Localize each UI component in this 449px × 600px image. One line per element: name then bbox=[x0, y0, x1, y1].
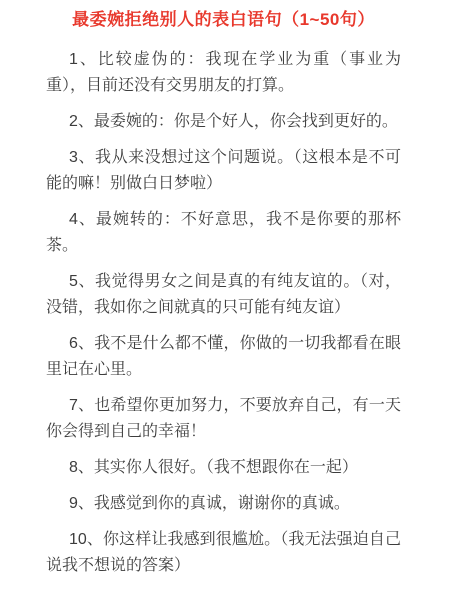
page-title: 最委婉拒绝别人的表白语句（1~50句） bbox=[46, 8, 401, 32]
list-item: 4、最婉转的：不好意思，我不是你要的那杯茶。 bbox=[46, 207, 401, 259]
list-item: 10、你这样让我感到很尴尬。（我无法强迫自己说我不想说的答案） bbox=[46, 527, 401, 579]
list-item: 6、我不是什么都不懂，你做的一切我都看在眼里记在心里。 bbox=[46, 331, 401, 383]
list-item: 2、最委婉的：你是个好人，你会找到更好的。 bbox=[46, 109, 401, 135]
sentence-list: 1、比较虚伪的：我现在学业为重（事业为重），目前还没有交男朋友的打算。 2、最委… bbox=[46, 47, 401, 579]
list-item: 5、我觉得男女之间是真的有纯友谊的。（对，没错，我如你之间就真的只可能有纯友谊） bbox=[46, 269, 401, 321]
list-item: 9、我感觉到你的真诚，谢谢你的真诚。 bbox=[46, 491, 401, 517]
list-item: 8、其实你人很好。（我不想跟你在一起） bbox=[46, 455, 401, 481]
list-item: 7、也希望你更加努力，不要放弃自己，有一天你会得到自己的幸福！ bbox=[46, 393, 401, 445]
article-page: 最委婉拒绝别人的表白语句（1~50句） 1、比较虚伪的：我现在学业为重（事业为重… bbox=[0, 0, 449, 600]
list-item: 3、我从来没想过这个问题说。（这根本是不可能的嘛！别做白日梦啦） bbox=[46, 145, 401, 197]
list-item: 1、比较虚伪的：我现在学业为重（事业为重），目前还没有交男朋友的打算。 bbox=[46, 47, 401, 99]
